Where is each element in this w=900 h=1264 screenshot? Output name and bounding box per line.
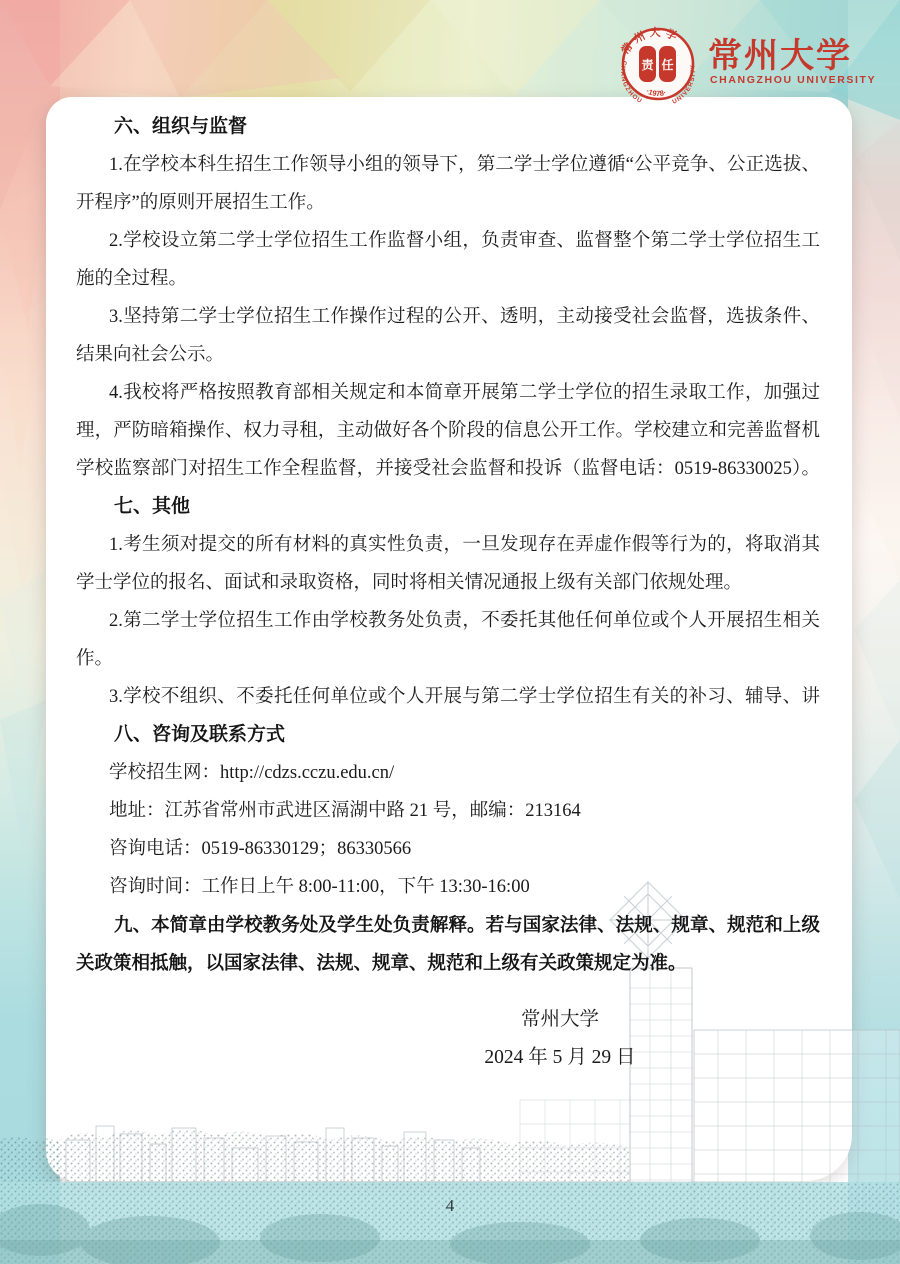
address-line: 地址：江苏省常州市武进区滆湖中路 21 号，邮编：213164 xyxy=(76,792,820,830)
doc-line: 2.学校设立第二学士学位招生工作监督小组，负责审查、监督整个第二学士学位招生工作… xyxy=(76,222,820,260)
phone-line: 咨询电话：0519-86330129；86330566 xyxy=(76,830,820,868)
doc-line: 施的全过程。 xyxy=(76,260,820,298)
doc-line: 2.第二学士学位招生工作由学校教务处负责，不委托其他任何单位或个人开展招生相关工 xyxy=(76,602,820,640)
teal-wash xyxy=(0,1182,900,1264)
teal-trees-dark-strip xyxy=(0,1240,900,1264)
page-number: 4 xyxy=(0,1196,900,1216)
university-wordmark-en: CHANGZHOU UNIVERSITY xyxy=(710,74,876,86)
admissions-website-line: 学校招生网：http://cdzs.cczu.edu.cn/ xyxy=(76,754,820,792)
university-logo: 常州大学 CHANGZHOU UNIVERSITY ·1978· 责 任 常州大… xyxy=(612,14,862,110)
doc-line: 学士学位的报名、面试和录取资格，同时将相关情况通报上级有关部门依规处理。 xyxy=(76,564,820,602)
section-heading-6: 六、组织与监督 xyxy=(76,108,820,146)
doc-line: 结果向社会公示。 xyxy=(76,336,820,374)
doc-line: 1.考生须对提交的所有材料的真实性负责，一旦发现存在弄虚作假等行为的，将取消其第… xyxy=(76,526,820,564)
university-wordmark: 常州大学 xyxy=(708,28,852,77)
doc-line: 3.学校不组织、不委托任何单位或个人开展与第二学士学位招生有关的补习、辅导、讲座… xyxy=(76,678,820,716)
doc-line: 学校监察部门对招生工作全程监督，并接受社会监督和投诉（监督电话：0519-863… xyxy=(76,450,820,488)
doc-line: 理，严防暗箱操作、权力寻租，主动做好各个阶段的信息公开工作。学校建立和完善监督机… xyxy=(76,412,820,450)
signature-date: 2024 年 5 月 29 日 xyxy=(188,1039,900,1077)
university-seal-icon: 常州大学 CHANGZHOU UNIVERSITY ·1978· 责 任 xyxy=(612,18,704,110)
doc-line: 作。 xyxy=(76,640,820,678)
seal-motto-char: 任 xyxy=(661,57,673,72)
section-9-line: 九、本简章由学校教务处及学生处负责解释。若与国家法律、法规、规章、规范和上级有 xyxy=(76,906,820,944)
signature-org: 常州大学 xyxy=(188,1001,900,1039)
doc-line: 4.我校将严格按照教育部相关规定和本简章开展第二学士学位的招生录取工作，加强过程… xyxy=(76,374,820,412)
hours-line: 咨询时间：工作日上午 8:00-11:00，下午 13:30-16:00 xyxy=(76,868,820,906)
doc-line: 1.在学校本科生招生工作领导小组的领导下，第二学士学位遵循“公平竞争、公正选拔、… xyxy=(76,146,820,184)
seal-motto-char: 责 xyxy=(641,57,654,72)
section-heading-8: 八、咨询及联系方式 xyxy=(76,716,820,754)
document-page: 常州大学 CHANGZHOU UNIVERSITY ·1978· 责 任 常州大… xyxy=(0,0,900,1264)
section-9-line: 关政策相抵触，以国家法律、法规、规章、规范和上级有关政策规定为准。 xyxy=(76,944,820,982)
section-heading-7: 七、其他 xyxy=(76,488,820,526)
document-content: 六、组织与监督 1.在学校本科生招生工作领导小组的领导下，第二学士学位遵循“公平… xyxy=(76,108,820,1077)
doc-line: 3.坚持第二学士学位招生工作操作过程的公开、透明，主动接受社会监督，选拔条件、选… xyxy=(76,298,820,336)
signature-block: 常州大学 2024 年 5 月 29 日 xyxy=(76,1001,820,1077)
doc-line: 开程序”的原则开展招生工作。 xyxy=(76,184,820,222)
teal-trees-speckle xyxy=(0,1182,900,1264)
